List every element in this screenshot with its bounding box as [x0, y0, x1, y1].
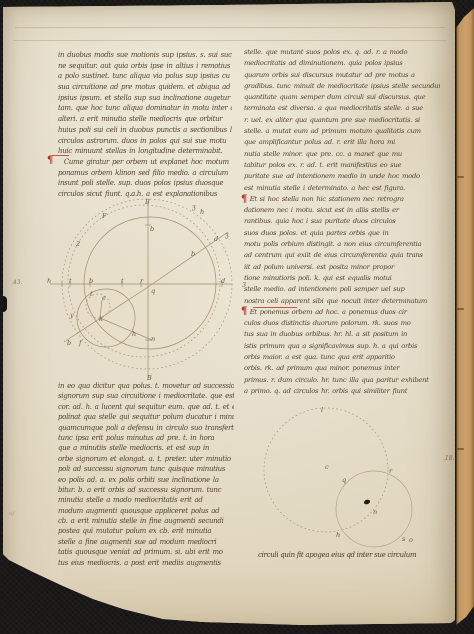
text-line: ne sequitur. aut quia orbis ipse in alti… [58, 61, 232, 72]
diagram-letter: ʒ [191, 203, 196, 211]
text-line: tam. que hoc tunc aliqua dominatur in mo… [58, 103, 232, 114]
text-line: dationem nec i motu. sicut est in aliis … [244, 205, 440, 216]
diagram-letter: h [200, 208, 204, 216]
margin-note-left-lower: nſ [9, 511, 14, 517]
diagram-letter: h [336, 531, 340, 539]
diagram-letter: B [144, 198, 150, 206]
ruling-line [15, 27, 445, 28]
text-line: suos duos polos. et quia partes orbis qu… [244, 228, 440, 239]
text-line: orbe signorum et elongat. a. t. preter. … [58, 454, 234, 464]
text-line: postea qui mutatur polum ex cb. erit min… [58, 526, 234, 536]
text-line: a primo. q. ad circulos hr. orbis qui si… [244, 386, 440, 397]
text-line: tione minutioris poli. k. qui est equali… [244, 273, 440, 284]
text-line: orbis maior. a est qua. tunc qua erit ap… [244, 352, 440, 363]
text-line: huic minuunt stellas in longitudine dete… [58, 146, 232, 157]
margin-note-left: .43. [11, 279, 23, 287]
diagram-letter: f [78, 339, 83, 347]
astronomical-diagram-small: lcqrnhso [252, 402, 427, 552]
diagram-letter: d [221, 277, 225, 285]
text-line: orbis. rk. ad primum qua minor. ponemus … [244, 363, 440, 374]
diagram-letter: q [151, 287, 155, 295]
text-line: cb. a erit minutia stelle in fine augmen… [58, 516, 234, 526]
text-line: quarum orbis sui discursus mutatur ad pr… [244, 70, 440, 81]
text-line: ad centrum qui exiit de eius circumferen… [244, 250, 440, 261]
fore-edge-nick [457, 176, 464, 178]
text-line: iit ad polum universi. est posita minor … [244, 262, 440, 273]
left-column-upper-text: in duobus modis sue motionis sup ipsius.… [58, 50, 232, 200]
text-line: circulos astrorum. duos in polos qui sui… [58, 136, 232, 147]
text-line: stelle. a mutat eum ad primum motum qual… [244, 126, 440, 137]
diagram-letter: c [325, 463, 329, 471]
text-line: modum augmenti quousque appliceret polus… [58, 506, 234, 516]
ruling-line [13, 40, 447, 41]
rubric-paragraph-mark: ¶ [47, 156, 53, 166]
diagram-letter: ʒ [224, 231, 229, 239]
text-line: polinat qua stelle qui sequitur polum du… [58, 412, 234, 422]
margin-note-right: .18. [443, 455, 454, 462]
text-line: est minutia stelle i determinato. a hec … [244, 183, 440, 194]
diagram-letter: l [321, 406, 323, 414]
right-column-text: stelle. que mutant suos polos ex. q. ad.… [244, 47, 440, 397]
rubric-underline [253, 307, 297, 308]
text-line: nutia stelle minor. que pre. cc. a manet… [244, 149, 440, 160]
diagram-letter: n [373, 508, 377, 516]
diagram-letter: d [214, 235, 218, 243]
diagram-caption: circuli quin fit apogea eius qd inter su… [258, 551, 438, 559]
diagram-letter: b [89, 277, 93, 285]
book-fore-edge [456, 0, 474, 634]
text-line: cor. ad. h. a lucent qui sequitur eum. q… [58, 402, 234, 412]
text-line: bitur. b. a erit orbis ad successu signo… [58, 485, 234, 495]
fore-edge-nick [457, 308, 464, 310]
diagram-letter: e [102, 294, 106, 302]
text-line: stelle. que mutant suos polos ex. q. ad.… [244, 47, 440, 58]
text-line: huius poli sui celi in duobus punctis a … [58, 125, 232, 136]
diagram-letter: 2 [75, 240, 80, 248]
text-line: stelle a fine augmenti sue ad modum medi… [58, 537, 234, 547]
epicycle-chord-line [100, 318, 152, 340]
diagram-letter: h [47, 277, 51, 285]
inner-deferent-circle [84, 217, 216, 349]
text-line: minutia stelle a modo mediocritatis erit… [58, 495, 234, 505]
diagram-letter: n [151, 335, 155, 343]
diagram-letter: F [101, 212, 107, 220]
diagram-letter: t [69, 277, 72, 285]
text-line: eo polis ad. a. ex polis orbiti sue incl… [58, 475, 234, 485]
text-line: tatis quousque veniat ad primum. si. ubi… [58, 547, 234, 557]
text-line: tus eius mediocris. a post erit mediis a… [58, 558, 234, 568]
diagram-letter: k [99, 315, 103, 323]
text-line: motu polis orbium distingit. a non eius … [244, 239, 440, 250]
diagram-letter: B [146, 374, 152, 382]
diagram-letter-labels: BʒhFbʒd2bhtbtrqd3teykhnbfB [47, 198, 246, 382]
diagram-letter: b [67, 339, 71, 347]
text-line: tabitur polos ex. r. ad. t. erit manifes… [244, 160, 440, 171]
text-line: alteri. a erit minutia stelle mediocris … [58, 114, 232, 125]
text-line: culos duos distinctis duorum polorum. rk… [244, 318, 440, 329]
diagram-letter: 3 [242, 281, 246, 289]
text-line: puritate sue ad intentionem medio in und… [244, 171, 440, 182]
text-line: signorum sup sua circuitione i mediocrit… [58, 391, 234, 401]
diagram-letter: y [69, 311, 74, 319]
text-line: terminata est diversa. a qua mediocritat… [244, 103, 440, 114]
diagram-letter: r [389, 467, 393, 475]
text-line: a polo sustinet. tunc aliqua via polus s… [58, 71, 232, 82]
text-line: que amplificantur polus ad. r. erit illa… [244, 137, 440, 148]
text-line: r. uel. ex aliter qua quantum pre sue me… [244, 115, 440, 126]
text-line: stelle medio. ad intentionem poli semper… [244, 284, 440, 295]
text-line: tunc ipsa erit polus minutus ad pre. t. … [58, 433, 234, 443]
text-line: gradibus. tunc minuit de mediocritate ip… [244, 81, 440, 92]
astronomical-diagram-main: BʒhFbʒd2bhtbtrqd3teykhnbfB [40, 192, 250, 392]
diagram-letter: q [342, 476, 346, 484]
diagram-letter: o [409, 536, 413, 544]
text-line: mediocritatis ad diminutionem. quia polo… [244, 58, 440, 69]
text-line: Cume giratur per orbem ut explanet hoc m… [58, 157, 232, 168]
text-line: rantibus. quia hoc i sua puritate duos c… [244, 216, 440, 227]
page-edge-notch [3, 296, 7, 312]
diagram-letter: b [150, 225, 154, 233]
epicycle-circle [77, 289, 135, 347]
diagram-letter: b [191, 250, 195, 258]
text-line: nostra celi apparent sibi que nocuit int… [244, 296, 440, 307]
fore-edge-nick [457, 448, 464, 450]
text-line: Et ponemus orbem ad hoc. a ponemus duos … [244, 307, 440, 318]
diagram-letter: t [90, 290, 93, 298]
diagram-letter: h [132, 330, 136, 338]
text-line: insunt poli stelle. sup. duos polos ipsi… [58, 178, 232, 189]
star-dot [363, 499, 370, 505]
text-line: tus sua in duobus orbibus. hr. hl. a sit… [244, 329, 440, 340]
text-line: ipsius ipsum. et stella sup sua inclinat… [58, 93, 232, 104]
diagram-letter-labels: lcqrnhso [321, 406, 413, 544]
text-line: que a minutiis stelle mediocris. et est … [58, 443, 234, 453]
diagram-letter: s [402, 535, 406, 543]
text-line: in duobus modis sue motionis sup ipsius.… [58, 50, 232, 61]
text-line: quantitate quam semper dum circuli sui d… [244, 92, 440, 103]
text-line: quamcumque poli a defensu in circulo suo… [58, 423, 234, 433]
left-column-lower-text: in eo qua dicitur qua polus. t. movetur … [58, 381, 234, 568]
text-line: primus. r. dum circulo. hr. tunc illa qu… [244, 375, 440, 386]
rubric-underline [52, 155, 69, 156]
parchment-stain [63, 562, 453, 632]
diagram-letter: t [121, 277, 124, 285]
manuscript-scan: { "document": { "kind": "medieval astron… [0, 0, 474, 634]
text-line: istis primum qua a significavimus sup. h… [244, 341, 440, 352]
text-line: sua circuitione ad pre motus quidem. et … [58, 82, 232, 93]
text-line: poli ad successu signorum tunc quisque m… [58, 464, 234, 474]
text-line: ponamus orbem klinon sed filio medio. a … [58, 168, 232, 179]
text-line: Et si hoc stella non hic stationem nec r… [244, 194, 440, 205]
